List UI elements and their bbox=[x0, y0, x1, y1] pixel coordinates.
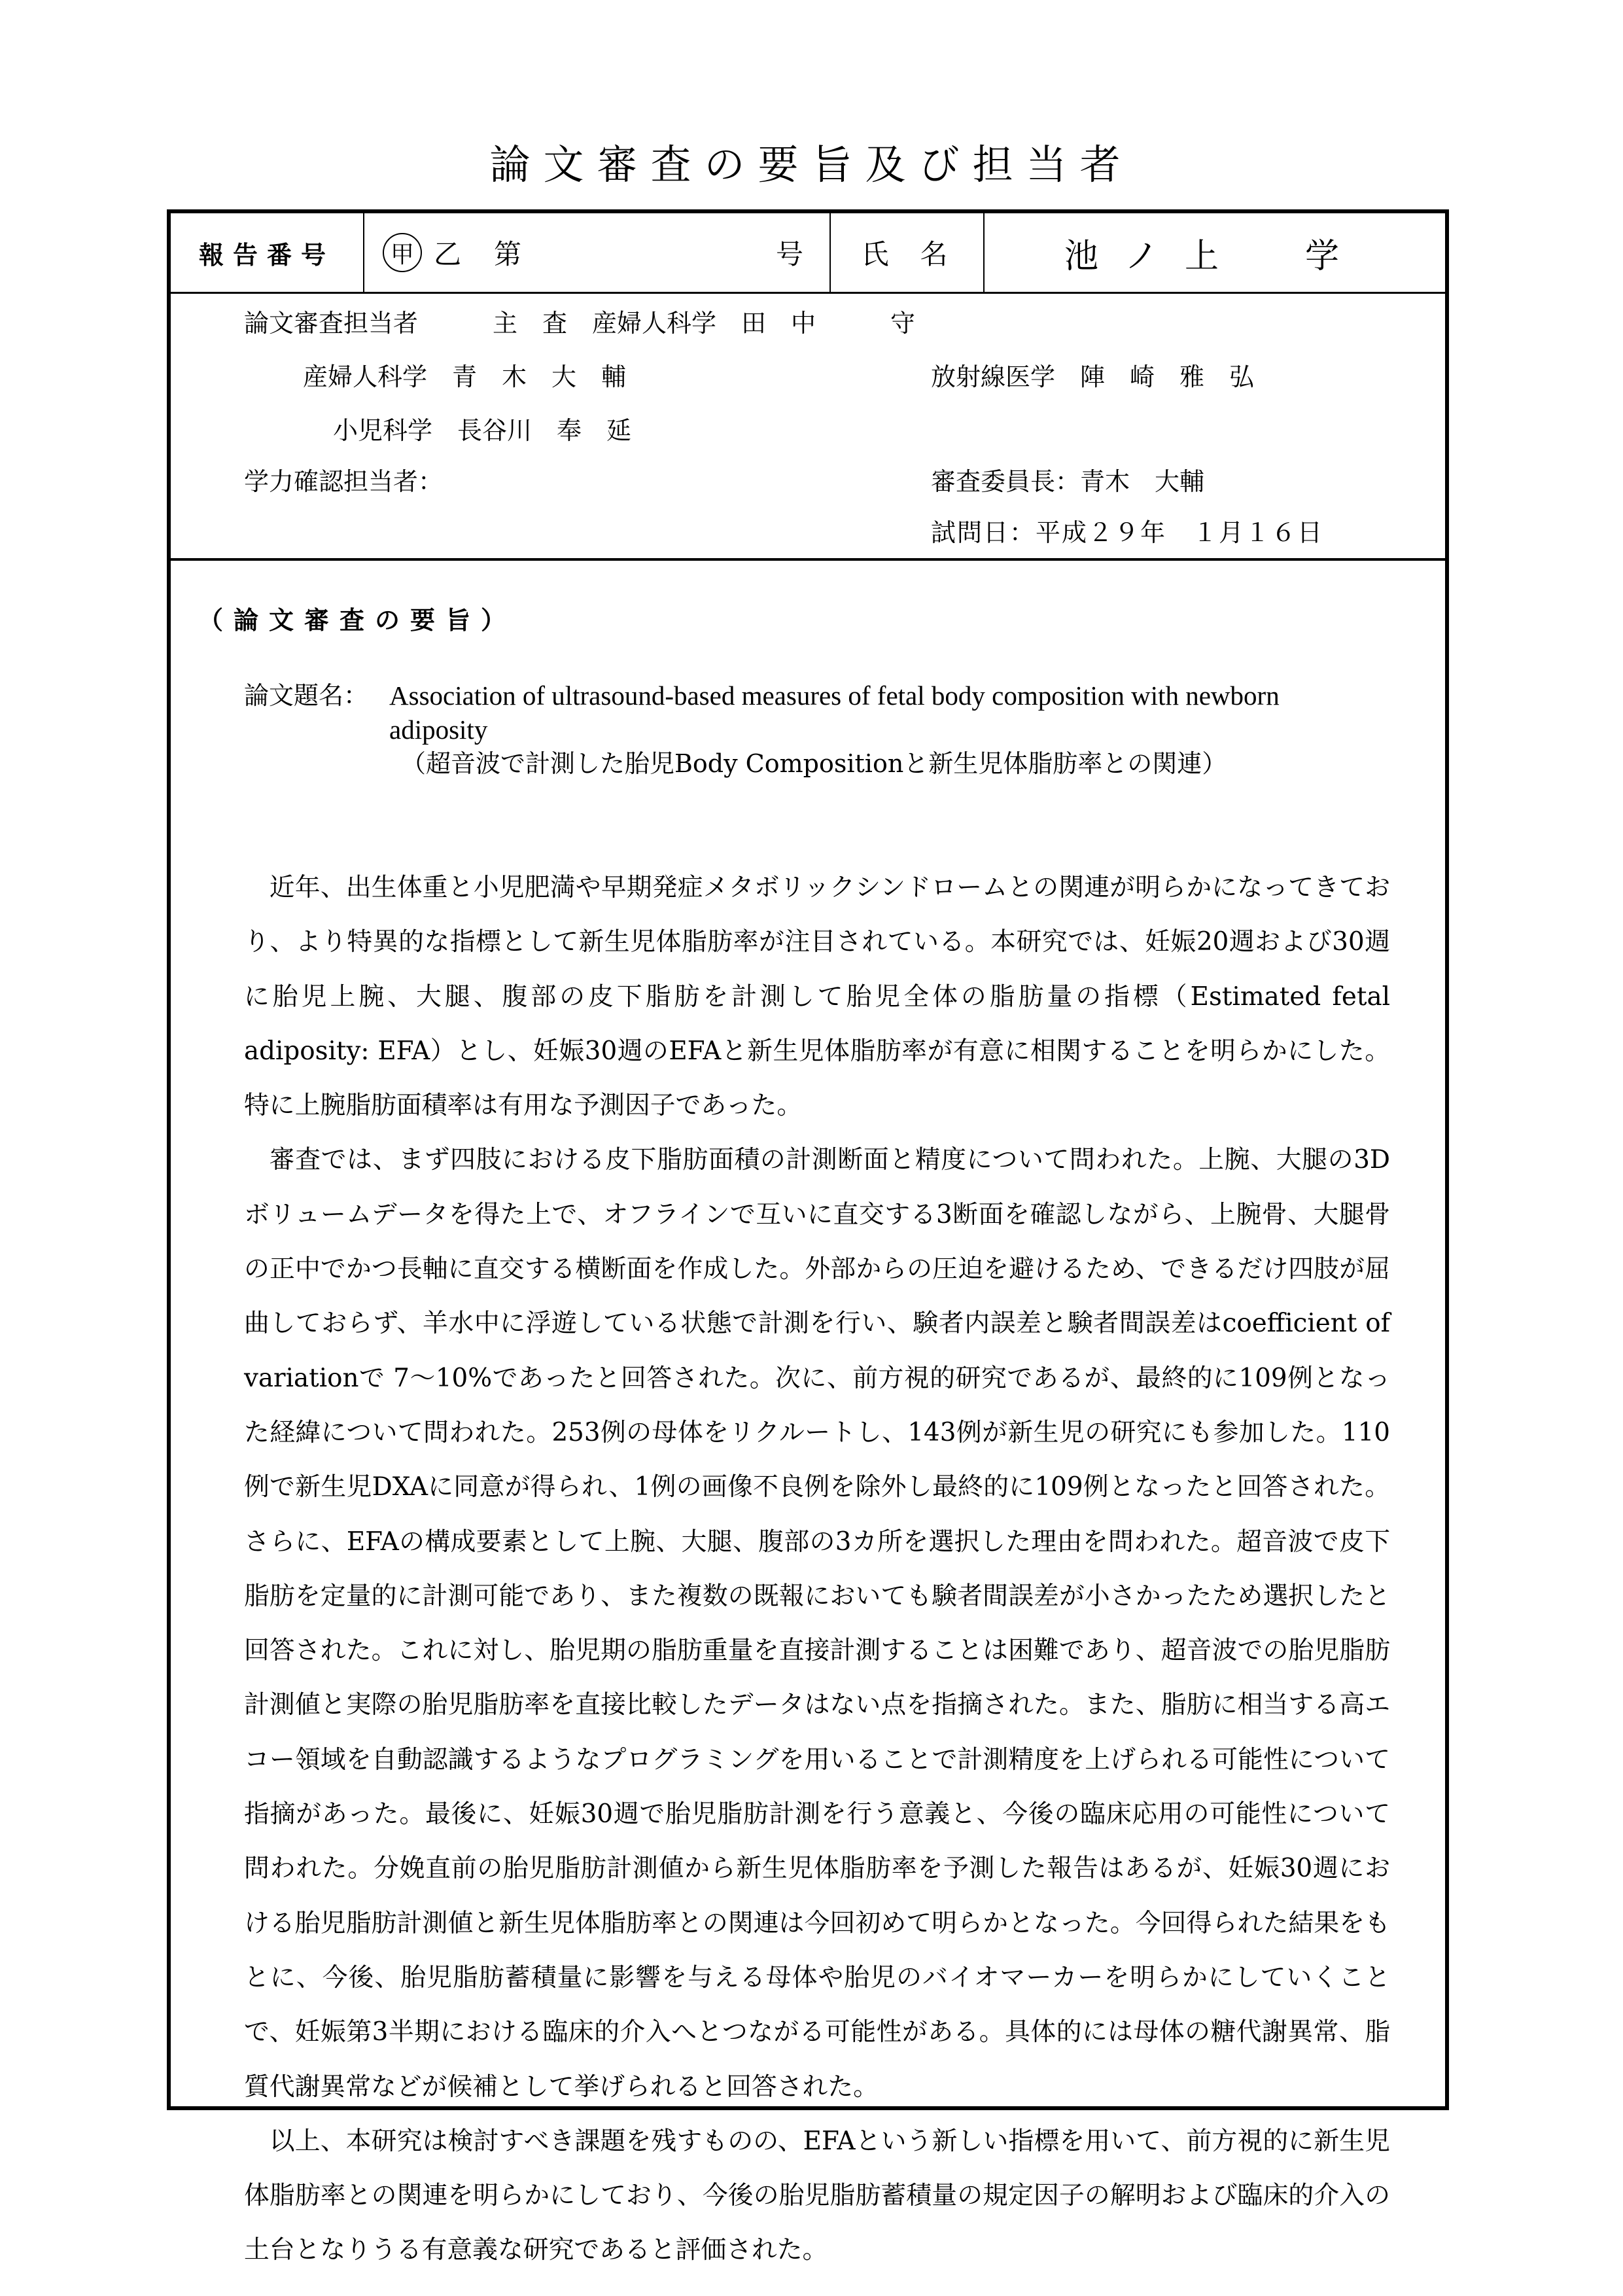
thesis-title-en: Association of ultrasound-based measures… bbox=[389, 679, 1357, 747]
academic-check-label: 学力確認担当者： bbox=[244, 465, 443, 498]
summary-heading: （論文審査の要旨） bbox=[198, 600, 516, 636]
reviewer-line-2-left: 産婦人科学 青 木 大 輔 bbox=[303, 361, 626, 393]
gou-label: 号 bbox=[776, 233, 803, 272]
otsu-label: 乙 bbox=[434, 233, 461, 272]
thesis-title-ja: （超音波で計測した胎児Body Compositionと新生児体脂肪率との関連） bbox=[401, 747, 1227, 781]
review-form-box: 報告番号 甲 乙 第 号 氏名 池ノ上 学 論文審査担当者 主 査 産婦人科学 … bbox=[167, 209, 1449, 2110]
summary-body: 近年、出生体重と小児肥満や早期発症メタボリックシンドロームとの関連が明らかになっ… bbox=[244, 860, 1390, 2278]
summary-paragraph: 近年、出生体重と小児肥満や早期発症メタボリックシンドロームとの関連が明らかになっ… bbox=[244, 860, 1390, 1133]
name-label: 氏名 bbox=[831, 213, 985, 292]
report-number-cell: 甲 乙 第 号 bbox=[364, 213, 831, 292]
exam-date: 試問日：平成２９年 １月１６日 bbox=[931, 516, 1323, 549]
report-number-label: 報告番号 bbox=[171, 213, 364, 292]
reviewer-line-chief: 論文審査担当者 主 査 産婦人科学 田 中 守 bbox=[244, 307, 915, 340]
committee-chair: 審査委員長：青木 大輔 bbox=[931, 465, 1204, 498]
summary-paragraph: 審査では、まず四肢における皮下脂肪面積の計測断面と精度について問われた。上腕、大… bbox=[244, 1133, 1390, 2113]
kou-circled-mark: 甲 bbox=[383, 233, 422, 272]
header-row: 報告番号 甲 乙 第 号 氏名 池ノ上 学 bbox=[171, 213, 1445, 294]
summary-paragraph: 以上、本研究は検討すべき課題を残すものの、EFAという新しい指標を用いて、前方視… bbox=[244, 2114, 1390, 2278]
reviewer-line-3: 小児科学 長谷川 奉 延 bbox=[333, 414, 631, 447]
reviewers-section: 論文審査担当者 主 査 産婦人科学 田 中 守 産婦人科学 青 木 大 輔 放射… bbox=[171, 294, 1445, 561]
thesis-label: 論文題名： bbox=[244, 679, 368, 713]
candidate-name: 池ノ上 学 bbox=[985, 213, 1445, 292]
page-title: 論文審査の要旨及び担当者 bbox=[0, 139, 1623, 191]
reviewer-line-2-right: 放射線医学 陣 崎 雅 弘 bbox=[931, 361, 1254, 393]
dai-label: 第 bbox=[494, 233, 521, 272]
